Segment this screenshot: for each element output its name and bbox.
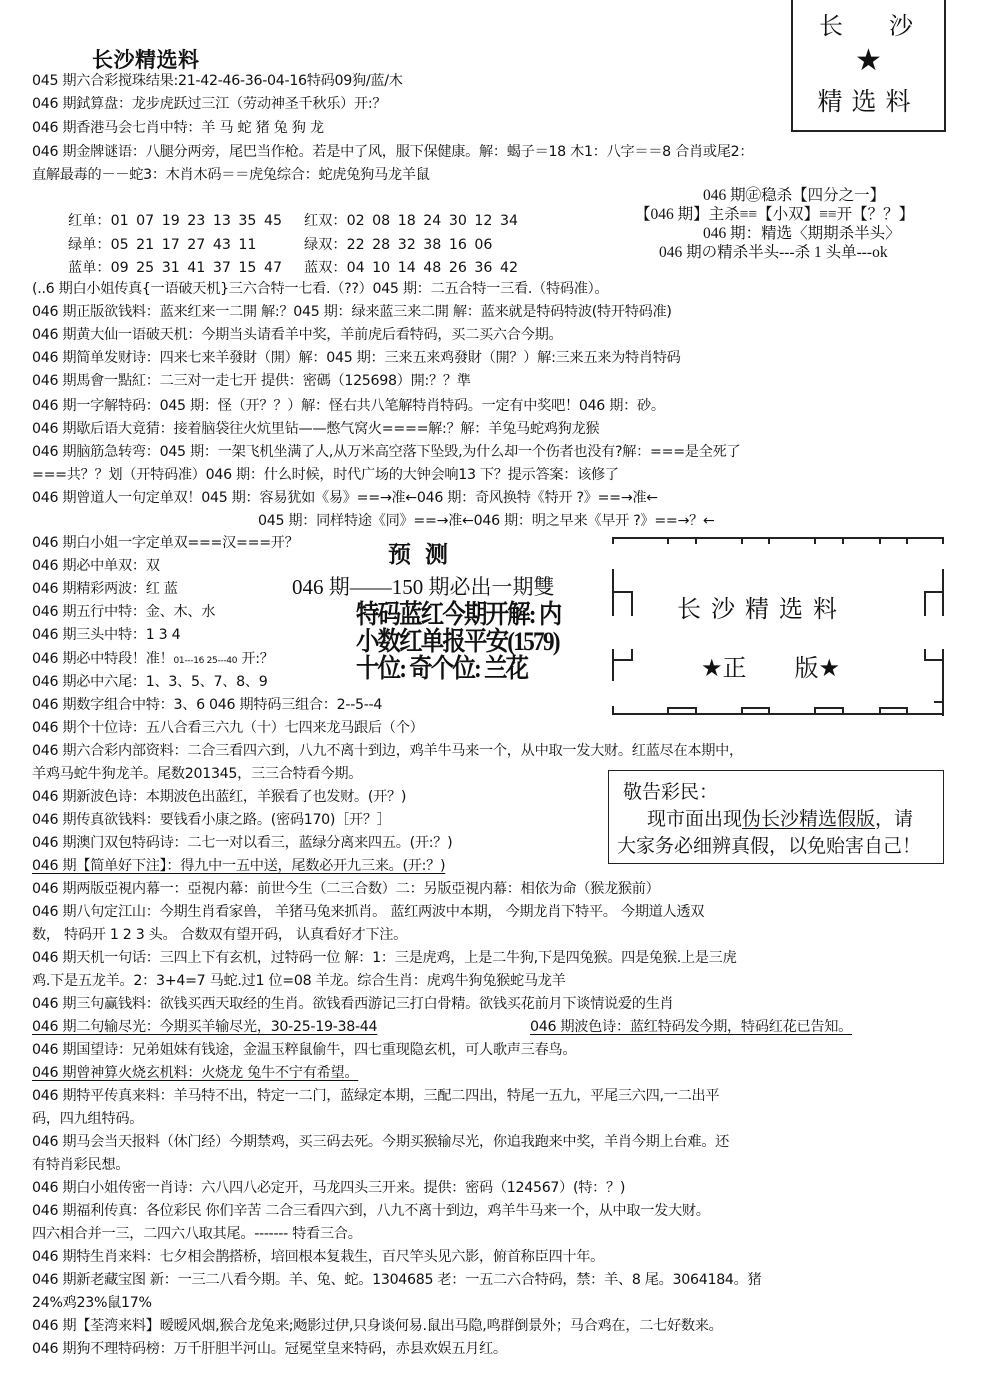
blue-double-row: 蓝双：04 10 14 48 26 36 42: [304, 257, 518, 279]
segment-range: 01---16 25---40: [174, 656, 238, 666]
green-double-row: 绿双：22 28 32 38 16 06: [304, 234, 492, 256]
text-line: ===共？？划（开特码准）046 期：什么时候，时代广场的大钟会响13 下？提示…: [32, 464, 619, 486]
red-single-row: 红单：01 07 19 23 13 35 45: [68, 210, 282, 232]
notice-heading: 敬告彩民：: [623, 777, 718, 804]
notice-prefix: 现市面出现: [647, 809, 742, 830]
red-double-row: 红双：02 08 18 24 30 12 34: [304, 210, 518, 232]
text-line: 046 期狗不理特码榜：万千肝胆半河山。冠冕堂皇来特码，赤县欢娱五月红。: [32, 1338, 507, 1360]
green-single-row: 绿单：05 21 17 27 43 11: [68, 234, 256, 256]
text-line: 24%鸡23%鼠17%: [32, 1292, 152, 1314]
text-line: 046 期澳门双包特码诗：二七一对以看三，蓝绿分离来四五。(开:？): [32, 832, 452, 854]
text-line: 046 期两版亞視内幕一：亞視内幕：前世今生（二三合数）二：另版亞視内幕：相依为…: [32, 878, 660, 900]
text-line: 046 期白小姐一字定单双===汉===开？: [32, 532, 299, 554]
text-line: 046 期特生肖来料：七夕相会鹊搭桥，培回根本复栽生，百尺竿头见六影，俯首称臣四…: [32, 1246, 604, 1268]
kill-line: 【046 期】主杀≡≡【小双】≡≡开【？？】: [635, 205, 914, 224]
text-line: 046 期五行中特：金、木、水: [32, 601, 215, 623]
text-line: 046 期国望诗：兄弟姐妹有钱途，金温玉粹鼠偷牛，四七重现隐玄机，可人歌声三春鸟…: [32, 1039, 576, 1061]
logo-char-2: 沙: [889, 6, 913, 41]
text-line: 046 期精彩两波：红 蓝: [32, 578, 178, 600]
kill-line: 046 期㊣稳杀【四分之一】: [703, 186, 885, 205]
logo-char-1: 长: [819, 6, 843, 41]
text-line-indented: 045 期：同样特途《同》==→准←046 期：明之早来《早开 ?》==→？←: [258, 510, 715, 532]
text-line: 046 期新老藏宝图 新：一三二八看今期。羊、兔、蛇。1304685 老：一五二…: [32, 1269, 761, 1291]
blue-single-row: 蓝单：09 25 31 41 37 15 47: [68, 257, 282, 279]
kill-line: 046 期の精杀半头---杀 1 头单---ok: [659, 243, 888, 262]
text-line: 046 期【荃湾来料】暧暧风烟,猴合龙兔来;飏影过伊,只身谈何易.鼠出马隐,鸣群…: [32, 1315, 723, 1337]
blue-single-label: 蓝单：: [68, 260, 111, 276]
text-line: 046 期传真欲钱料：要钱看小康之路。(密码170)［开？］: [32, 809, 391, 831]
green-double-label: 绿双：: [304, 237, 347, 253]
red-single-label: 红单：: [68, 213, 111, 229]
text-line: 有特肖彩民想。: [32, 1154, 129, 1176]
text-line: 046 期必中六尾：1、3、5、7、8、9: [32, 671, 268, 693]
text-line: 四六相合并一三，二四六八取其尾。------- 特看三合。: [32, 1223, 362, 1245]
text-line: 046 期一字解特码：045 期：怪（开？？）解：怪右共八笔解特肖特码。一定有中…: [32, 395, 665, 417]
underlined-line-left: 046 期二句输尽光：今期买羊输尽光，30-25-19-38-44: [32, 1016, 377, 1038]
green-single-label: 绿单：: [68, 237, 111, 253]
prediction-line: 十位: 奇个位: 兰花: [356, 648, 527, 685]
prediction-title: 预测: [388, 536, 462, 569]
text-line: 046 期三头中特：1 3 4: [32, 624, 180, 646]
underlined-line-right: 046 期波色诗：蓝红特码发今期，特码红花已告知。: [530, 1016, 852, 1038]
text-line: 046 期白小姐传密一肖诗：六八四八必定开，马龙四头三开来。提供：密码（1245…: [32, 1177, 625, 1199]
text-line: 046 期特平传真来料：羊马特不出，特定一二门，蓝绿定本期，三配二四出，特尾一五…: [32, 1085, 719, 1107]
text-line: 鸡.下是五龙羊。2：3+4=7 马蛇.过1 位=08 羊龙。综合生肖：虎鸡牛狗兔…: [32, 970, 566, 992]
blue-double-numbers: 04 10 14 48 26 36 42: [347, 260, 518, 276]
blue-single-numbers: 09 25 31 41 37 15 47: [111, 260, 282, 276]
result-line: 045 期六合彩搅珠结果:21-42-46-36-04-16特码09狗/蓝/木: [32, 70, 403, 92]
text-line: 046 期必中单双：双: [32, 555, 160, 577]
text-line: 羊鸡马蛇牛狗龙羊。尾数201345，三三合特看今期。: [32, 763, 362, 785]
special-segment-line: 046 期必中特段！准！01---16 25---40 开:？: [32, 648, 274, 672]
text-line: 046 期福利传真：各位彩民 你们辛苦 二合三看四六到，八九不离十到边，鸡羊牛马…: [32, 1200, 710, 1222]
text-line: 数， 特码开 1 2 3 头。 合数双有望开码， 认真看好才下注。: [32, 924, 407, 946]
blue-double-label: 蓝双：: [304, 260, 347, 276]
notice-fake-edition: 伪长沙精选假版: [742, 809, 875, 830]
frame-subtitle: ★正 版★: [701, 648, 840, 683]
frame-title: 长沙精选料: [677, 589, 847, 624]
green-single-numbers: 05 21 17 27 43 11: [111, 237, 257, 253]
text-line: 046 期馬會一點紅：二三对一走七开 提供：密碼（125698）開:？？準: [32, 370, 471, 392]
text-line: 046 期歇后语大竟猜：接着脑袋往火炕里钻——憋气窝火====解:？解：羊兔马蛇…: [32, 418, 599, 440]
text-line: 046 期脑筋急转弯：045 期：一架飞机坐满了人,从万米高空落下坠毁,为什么却…: [32, 441, 740, 463]
text-line: 046 期个十位诗：五八合看三六九（十）七四来龙马跟后（个）: [32, 717, 423, 739]
star-icon: ★: [793, 44, 944, 78]
text-line: 直解最毒的－－蛇3：木肖木码＝＝虎兔综合：蛇虎兔狗马龙羊鼠: [32, 164, 430, 186]
text-line: 046 期八句定江山：今期生肖看家兽， 羊猪马兔来抓肖。 蓝红两波中本期， 今期…: [32, 901, 704, 923]
red-double-numbers: 02 08 18 24 30 12 34: [347, 213, 518, 229]
red-single-numbers: 01 07 19 23 13 35 45: [111, 213, 282, 229]
kill-line: 046 期：精选〈期期杀半头〉: [703, 224, 901, 243]
text-line: 046 期金牌谜语：八腿分两旁，尾巴当作枪。若是中了风，服下保健康。解：蝎子＝1…: [32, 141, 753, 163]
text-line: 046 期香港马会七肖中特：羊 马 蛇 猪 兔 狗 龙: [32, 117, 324, 139]
text-line: 046 期简单发财诗：四来七来羊發財（開）解：045 期：三来五来鸡發財（開？）…: [32, 347, 681, 369]
red-double-label: 红双：: [304, 213, 347, 229]
text-line: 046 期六合彩内部资料：二合三看四六到，八九不离十到边，鸡羊牛马来一个，从中取…: [32, 740, 743, 762]
text-line: 码，四九组特码。: [32, 1108, 143, 1130]
text-line: 046 期鉽算盘：龙步虎跃过三江（劳动神圣千秋乐）开:？: [32, 93, 386, 115]
logo-box: 长 沙 ★ 精选料: [791, 0, 946, 132]
text-line: 046 期曾道人一句定单双！045 期：容易犹如《易》==→准←046 期：奇风…: [32, 487, 658, 509]
segment-prefix: 046 期必中特段！准！: [32, 651, 174, 667]
underlined-line: 046 期【简单好下注】：得九中一五中送，尾数必开九三来。(开:？): [32, 855, 445, 877]
underlined-line: 046 期曾神算火烧玄机料：火烧龙 兔牛不宁有希望。: [32, 1062, 358, 1084]
notice-body-line-2: 大家务必细辨真假，以免贻害自己！: [617, 831, 921, 858]
bracket-frame-icon: [607, 536, 947, 716]
logo-subtitle: 精选料: [793, 82, 944, 118]
green-double-numbers: 22 28 32 38 16 06: [347, 237, 493, 253]
official-edition-frame: 长沙精选料 ★正 版★: [607, 536, 947, 716]
notice-suffix: ，请: [875, 809, 913, 830]
text-line: 046 期新波色诗：本期波色出蓝红，羊猴看了也发财。(开？): [32, 786, 406, 808]
notice-box: 敬告彩民： 现市面出现伪长沙精选假版，请 大家务必细辨真假，以免贻害自己！: [608, 770, 944, 864]
text-line: 046 期天机一句话：三四上下有玄机，过特码一位 解：1：三是虎鸡，上是二牛狗,…: [32, 947, 736, 969]
text-line: 046 期正版欲钱料：蓝来红来一二開 解:？045 期：绿来蓝三来二開 解：蓝来…: [32, 301, 672, 323]
notice-body-line-1: 现市面出现伪长沙精选假版，请: [647, 804, 913, 831]
text-line: (..6 期白小姐传真{一语破天机}三六合特一七看.（??）045 期：二五合特…: [32, 278, 608, 300]
text-line: 046 期黄大仙一语破天机：今期当头请看羊中奖，羊前虎后看特码，买二买六合今期。: [32, 324, 562, 346]
text-line: 046 期三句赢钱料：欲钱买西天取经的生肖。欲钱看西游记三打白骨精。欲钱买花前月…: [32, 993, 673, 1015]
text-line: 046 期数字组合中特：3、6 046 期特码三组合：2--5--4: [32, 694, 382, 716]
text-line: 046 期马会当天报料（休门经）今期禁鸡，买三码去死。今期买猴输尽光，你追我跑来…: [32, 1131, 729, 1153]
segment-suffix: 开:？: [237, 651, 273, 667]
